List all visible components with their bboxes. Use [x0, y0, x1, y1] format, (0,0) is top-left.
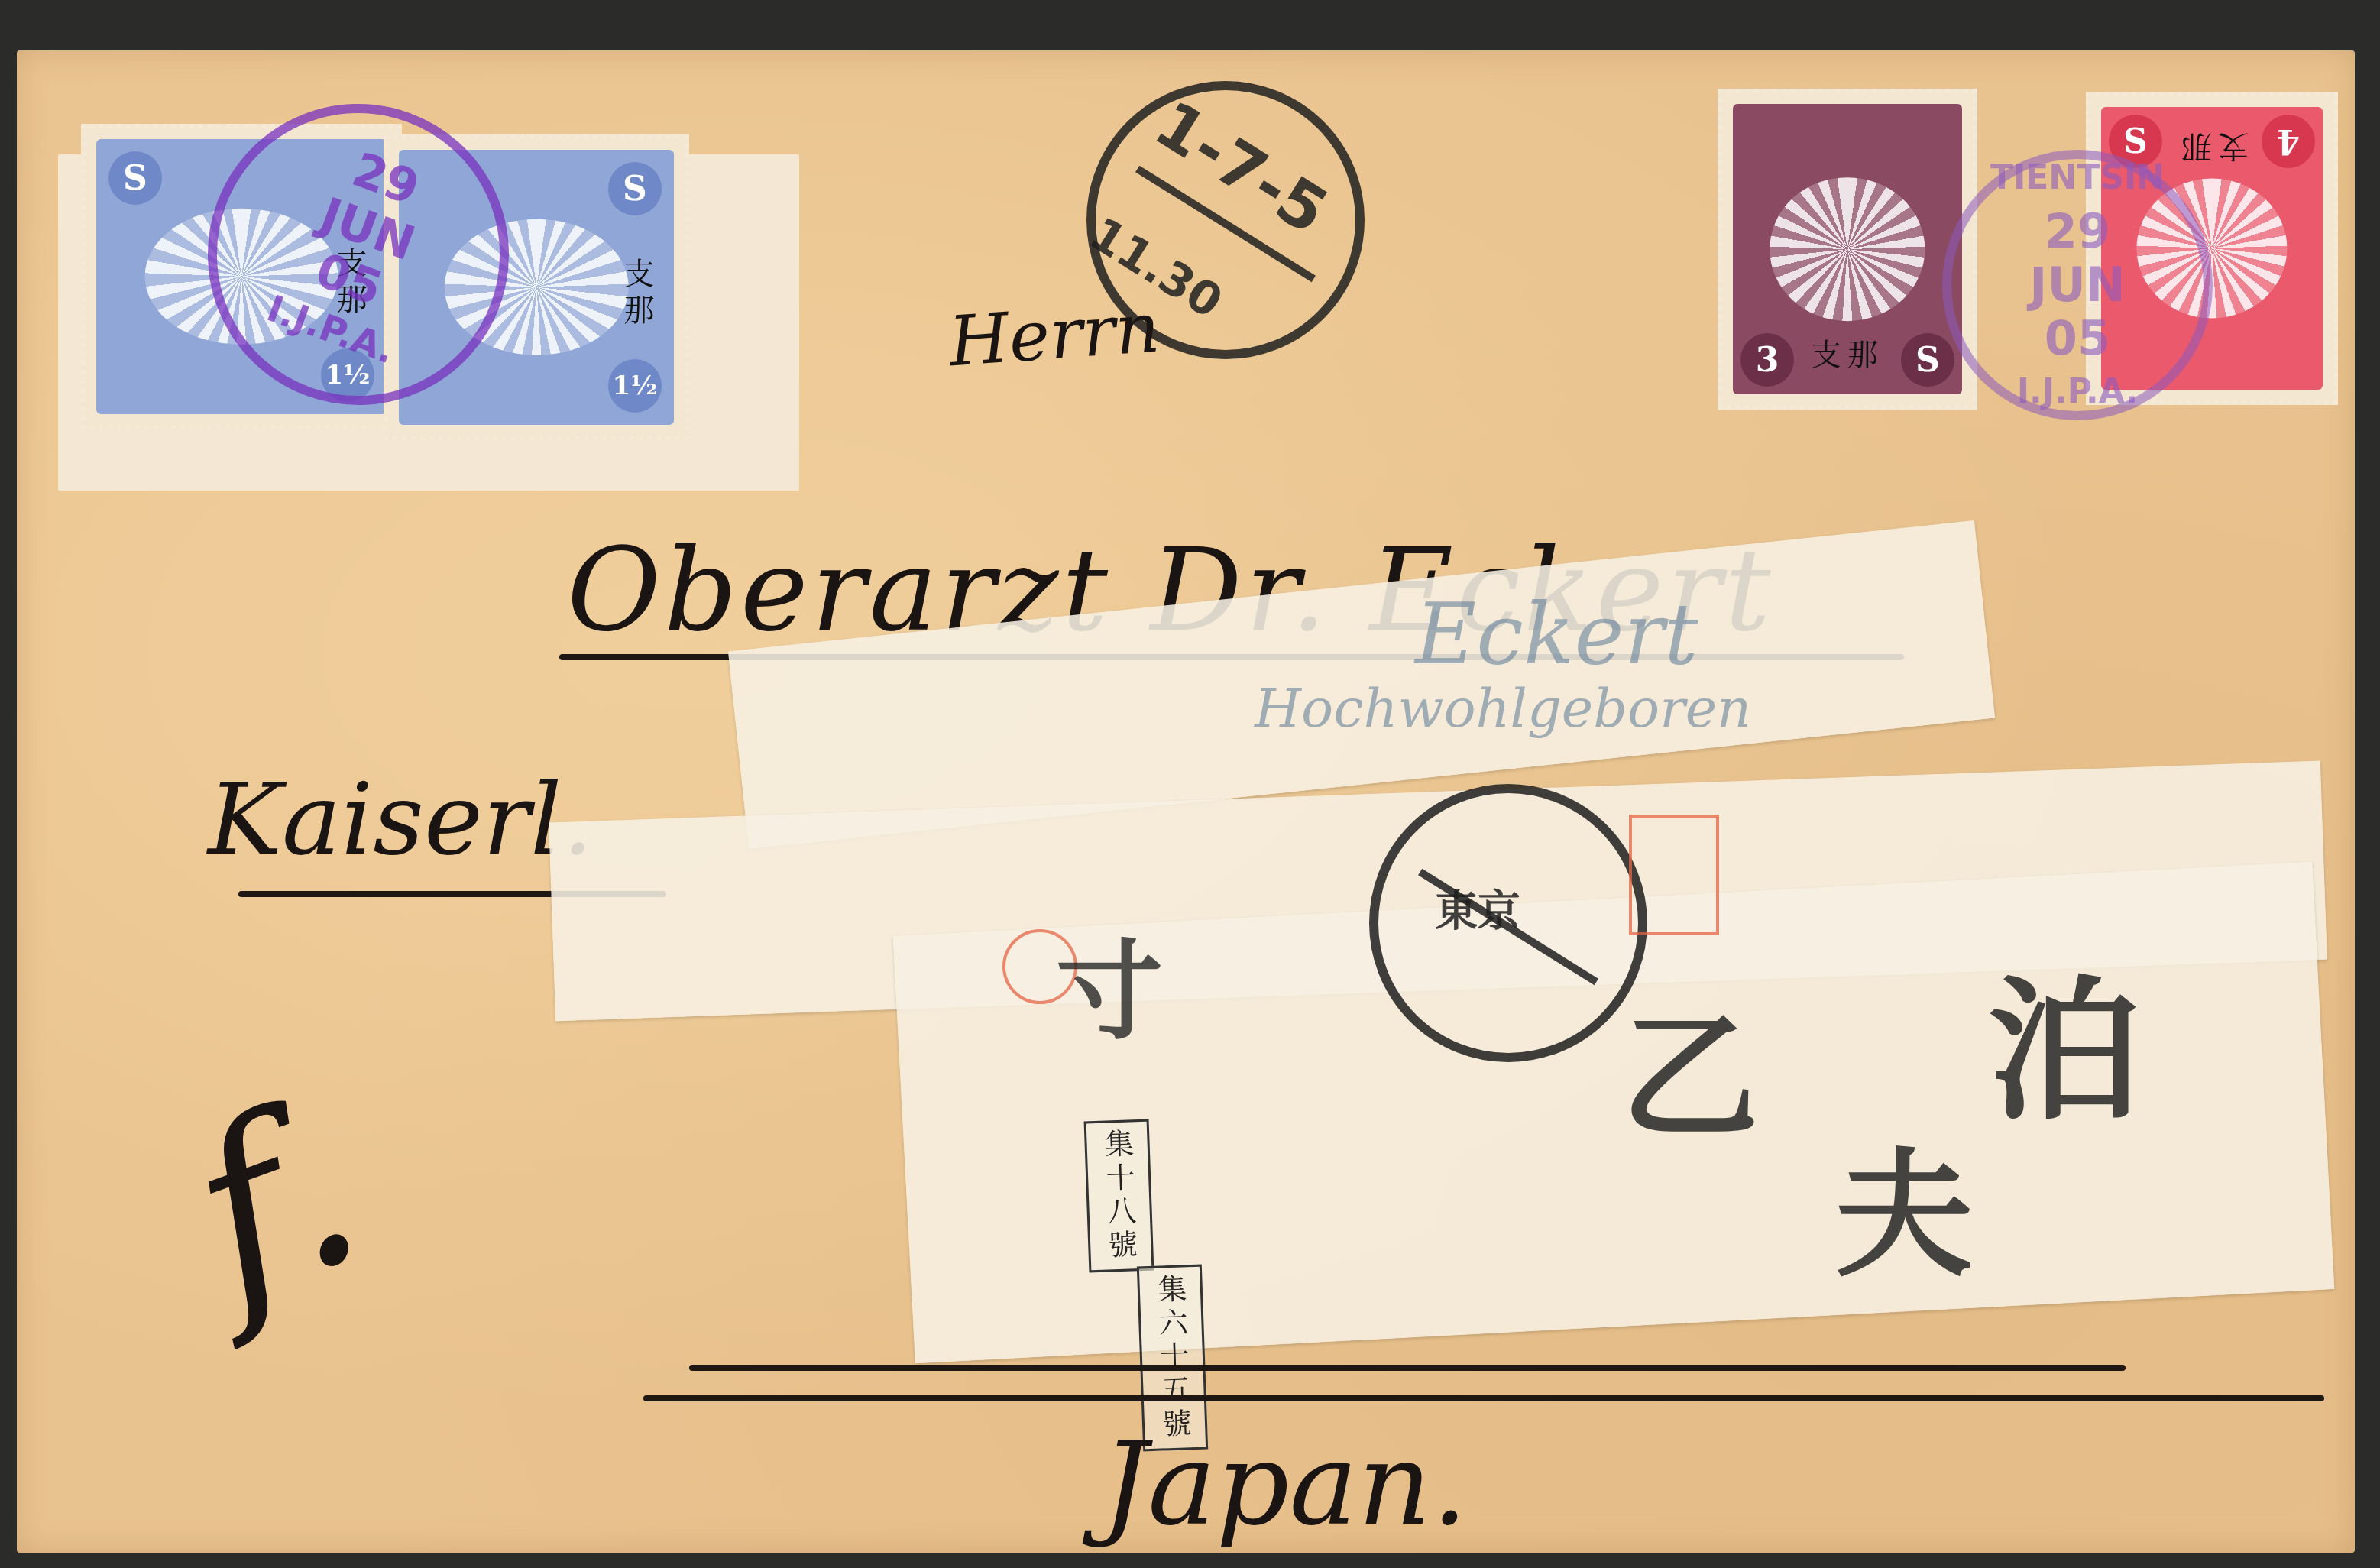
postmark-tientsin-right: TIENTSIN 29 JUN 05 I.J.P.A. — [1942, 150, 2213, 420]
country-underline-bottom — [643, 1395, 2324, 1401]
postmark-month: JUN — [2029, 258, 2125, 312]
stamp-corner-mark: S — [608, 162, 662, 215]
label-char: 八 — [1102, 1195, 1137, 1230]
signature-mark: f. — [159, 1049, 390, 1351]
stamp-overprint: 支那 — [1811, 331, 1884, 374]
destination-country: Japan. — [1102, 1418, 1468, 1551]
postmark-year: 05 — [2045, 312, 2110, 365]
forwarding-name: Eckert — [1415, 585, 1698, 683]
postmark-office-top: TIENTSIN — [1990, 151, 2165, 205]
stamp-corner-mark: S — [1901, 333, 1954, 387]
stamp-value: 4 — [2262, 115, 2315, 168]
brush-characters: 泊 — [1988, 929, 2141, 1148]
stamp-overprint: 支那 — [615, 258, 659, 331]
stamp-value: 1½ — [608, 359, 662, 413]
postmark-japan-receiving: 東京 — [1369, 784, 1647, 1062]
brush-characters: 寸 — [1056, 906, 1163, 1060]
label-char: 集 — [1099, 1128, 1135, 1163]
brush-characters: 夫 — [1835, 1105, 1973, 1302]
stamp-overprint: 支那 — [2175, 127, 2249, 170]
registration-label-1: 集十八號 — [1084, 1119, 1154, 1273]
postmark-office: I.J.P.A. — [2017, 365, 2139, 419]
country-underline-top — [689, 1365, 2126, 1371]
address-line-2: Kaiserl. — [208, 761, 594, 877]
postmark-day: 29 — [2045, 205, 2110, 258]
red-seal-square — [1629, 815, 1719, 935]
salutation: Herrn — [947, 288, 1162, 383]
label-char: 號 — [1103, 1229, 1138, 1264]
postmark-date: 1-7-5 — [1142, 86, 1341, 249]
label-char: 集 — [1152, 1273, 1187, 1308]
forwarding-honorific: Hochwohlgeboren — [1255, 677, 1751, 740]
label-char: 六 — [1154, 1307, 1189, 1342]
stamp-corner-mark: S — [108, 151, 162, 205]
postmark-office-name: 東京 — [1435, 877, 1520, 938]
stamp-value: 3 — [1740, 333, 1794, 387]
envelope: S 1½ 支那 S 1½ 支那 29 JUN 05 I.J.P.A. 1-7-5… — [17, 50, 2355, 1553]
chrysanthemum-icon — [1770, 177, 1925, 321]
label-char: 五 — [1156, 1374, 1191, 1409]
label-char: 十 — [1100, 1161, 1135, 1197]
brush-characters: 乙 — [1621, 967, 1759, 1165]
stamp-3-sen: 3 S 支那 — [1718, 89, 1977, 410]
